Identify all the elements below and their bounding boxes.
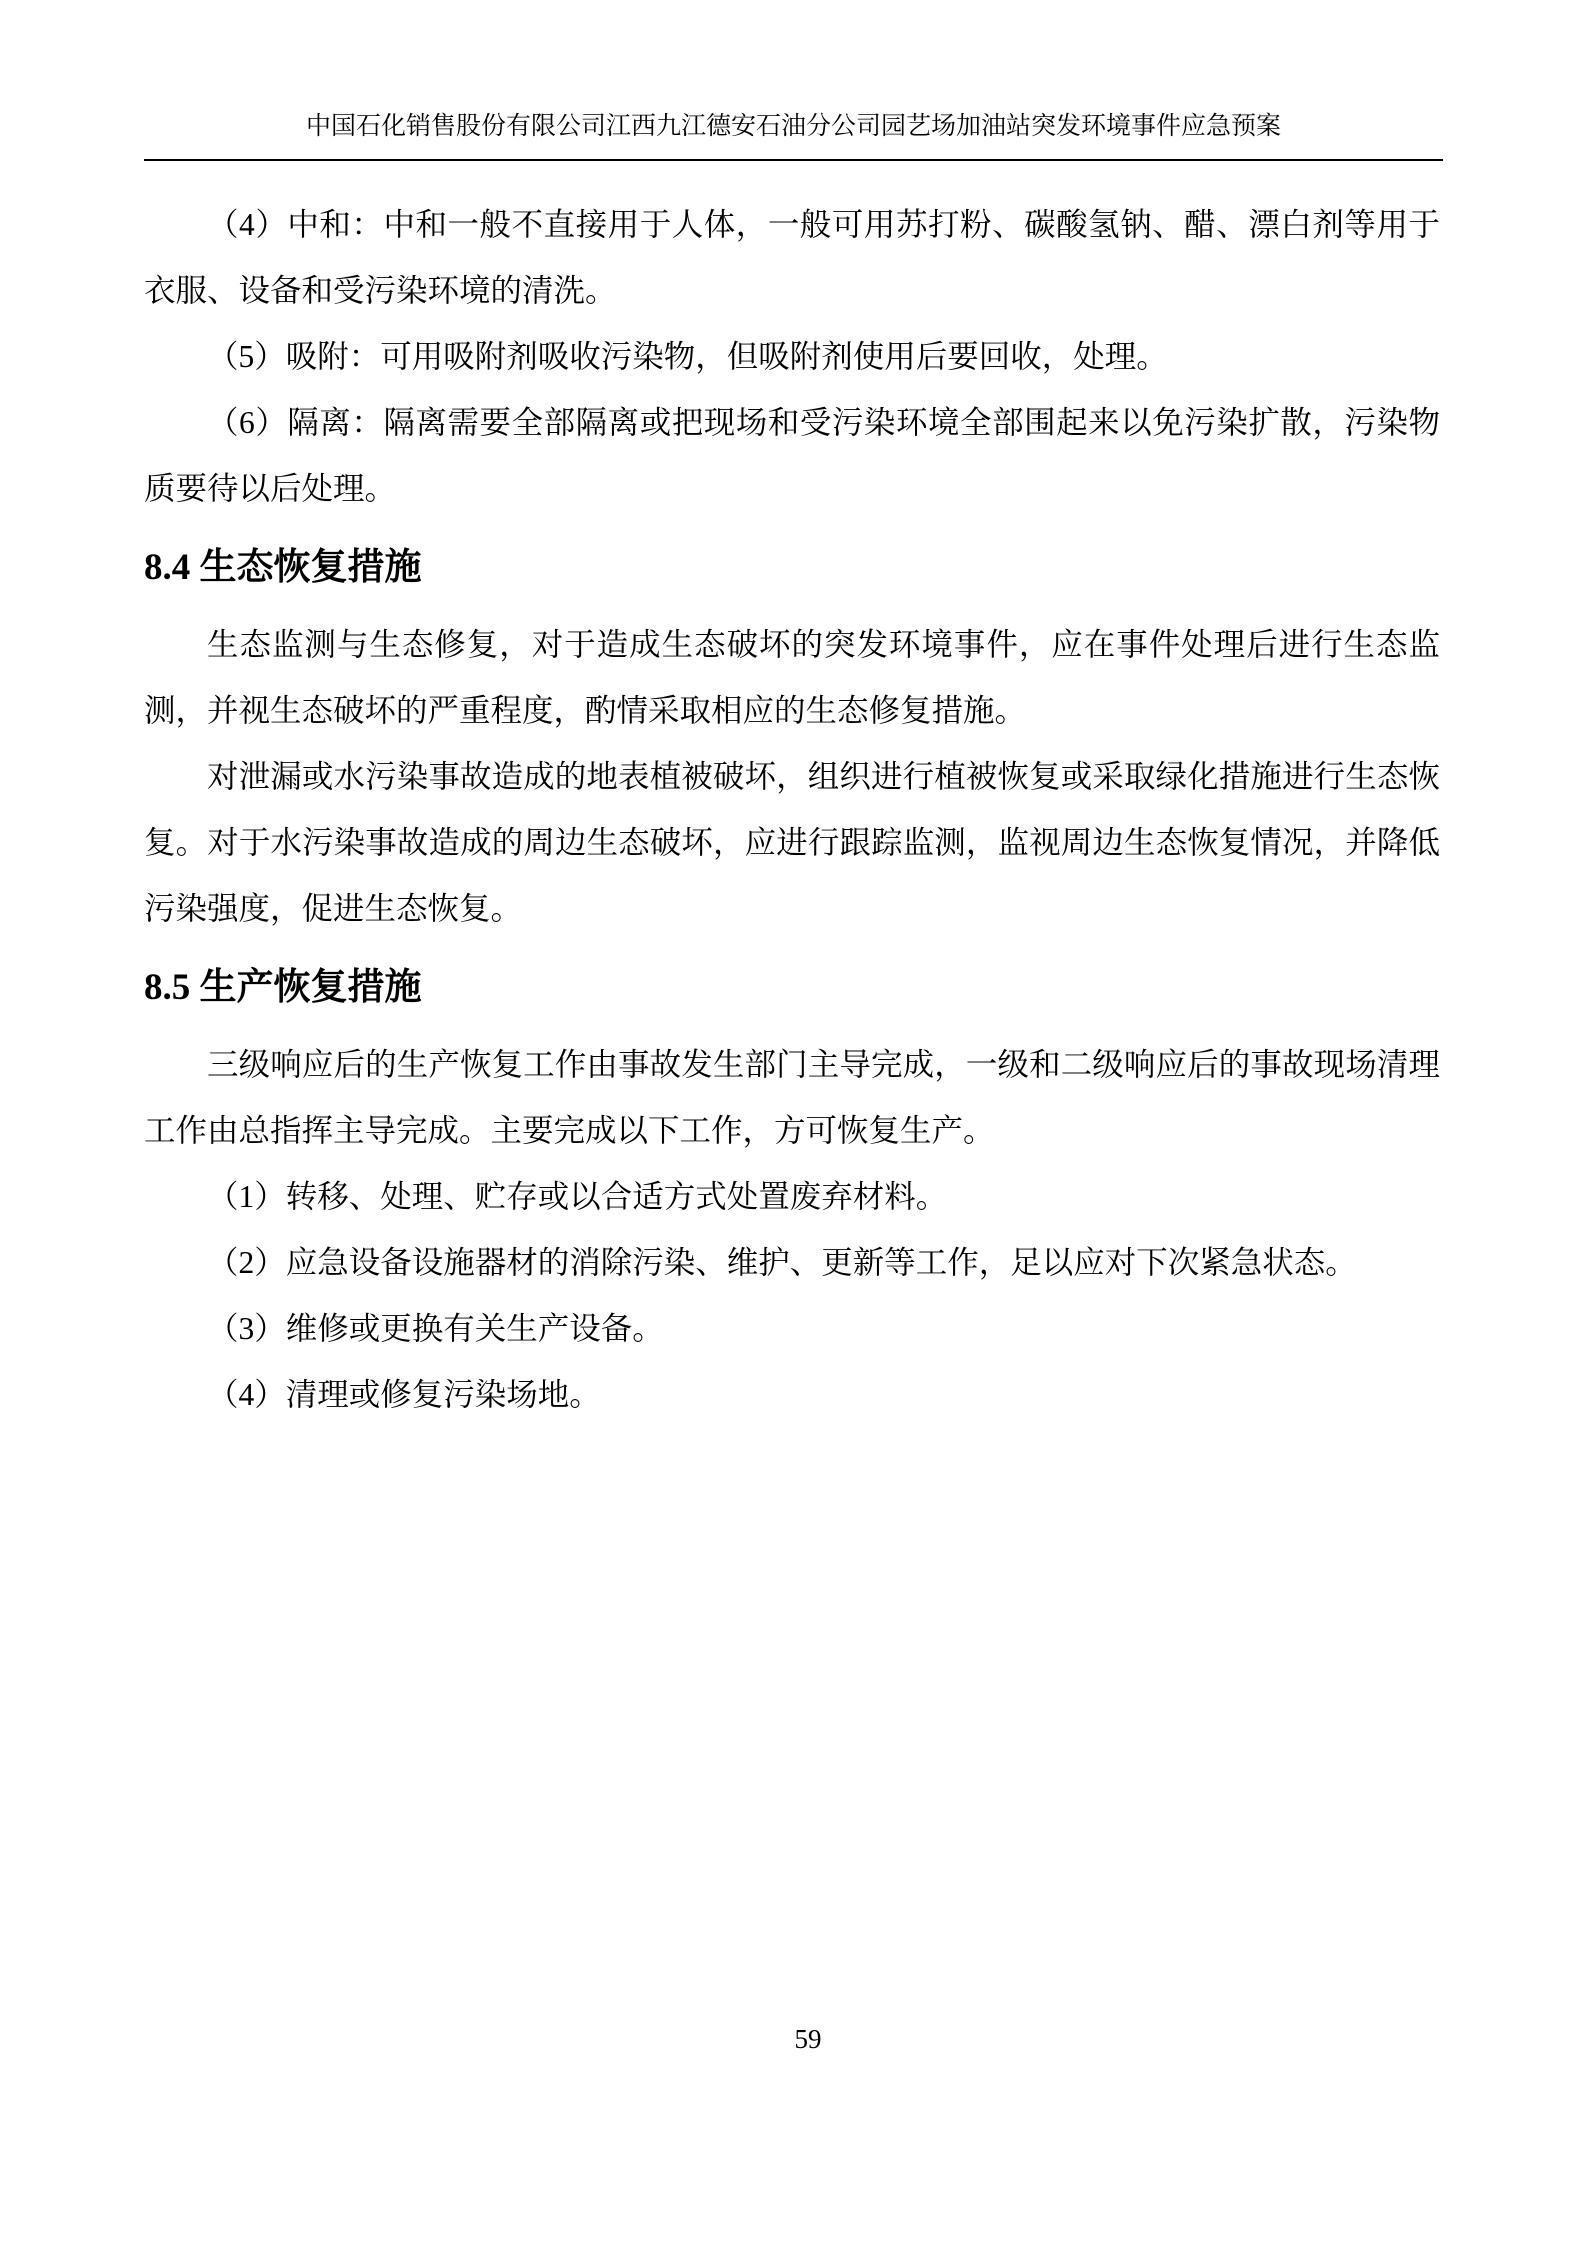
section-heading-8-4: 8.4 生态恢复措施 bbox=[144, 532, 1440, 604]
paragraph-recovery-item-4: （4）清理或修复污染场地。 bbox=[144, 1362, 1440, 1428]
paragraph-eco-restoration: 对泄漏或水污染事故造成的地表植被破坏，组织进行植被恢复或采取绿化措施进行生态恢复… bbox=[144, 744, 1440, 942]
paragraph-item-6-isolate: （6）隔离：隔离需要全部隔离或把现场和受污染环境全部围起来以免污染扩散，污染物质… bbox=[144, 390, 1440, 522]
paragraph-production-recovery-intro: 三级响应后的生产恢复工作由事故发生部门主导完成，一级和二级响应后的事故现场清理工… bbox=[144, 1032, 1440, 1164]
document-body: （4）中和：中和一般不直接用于人体，一般可用苏打粉、碳酸氢钠、醋、漂白剂等用于衣… bbox=[144, 192, 1440, 1428]
header-title: 中国石化销售股份有限公司江西九江德安石油分公司园艺场加油站突发环境事件应急预案 bbox=[0, 112, 1587, 142]
page-number: 59 bbox=[795, 2022, 822, 2056]
paragraph-recovery-item-1: （1）转移、处理、贮存或以合适方式处置废弃材料。 bbox=[144, 1164, 1440, 1230]
paragraph-item-4-neutralize: （4）中和：中和一般不直接用于人体，一般可用苏打粉、碳酸氢钠、醋、漂白剂等用于衣… bbox=[144, 192, 1440, 324]
paragraph-recovery-item-3: （3）维修或更换有关生产设备。 bbox=[144, 1296, 1440, 1362]
header-divider bbox=[144, 159, 1443, 161]
paragraph-eco-monitoring: 生态监测与生态修复，对于造成生态破坏的突发环境事件，应在事件处理后进行生态监测，… bbox=[144, 612, 1440, 744]
paragraph-item-5-adsorb: （5）吸附：可用吸附剂吸收污染物，但吸附剂使用后要回收，处理。 bbox=[144, 324, 1440, 390]
document-page: 中国石化销售股份有限公司江西九江德安石油分公司园艺场加油站突发环境事件应急预案 … bbox=[0, 0, 1587, 2245]
paragraph-recovery-item-2: （2）应急设备设施器材的消除污染、维护、更新等工作，足以应对下次紧急状态。 bbox=[144, 1230, 1440, 1296]
section-heading-8-5: 8.5 生产恢复措施 bbox=[144, 952, 1440, 1024]
